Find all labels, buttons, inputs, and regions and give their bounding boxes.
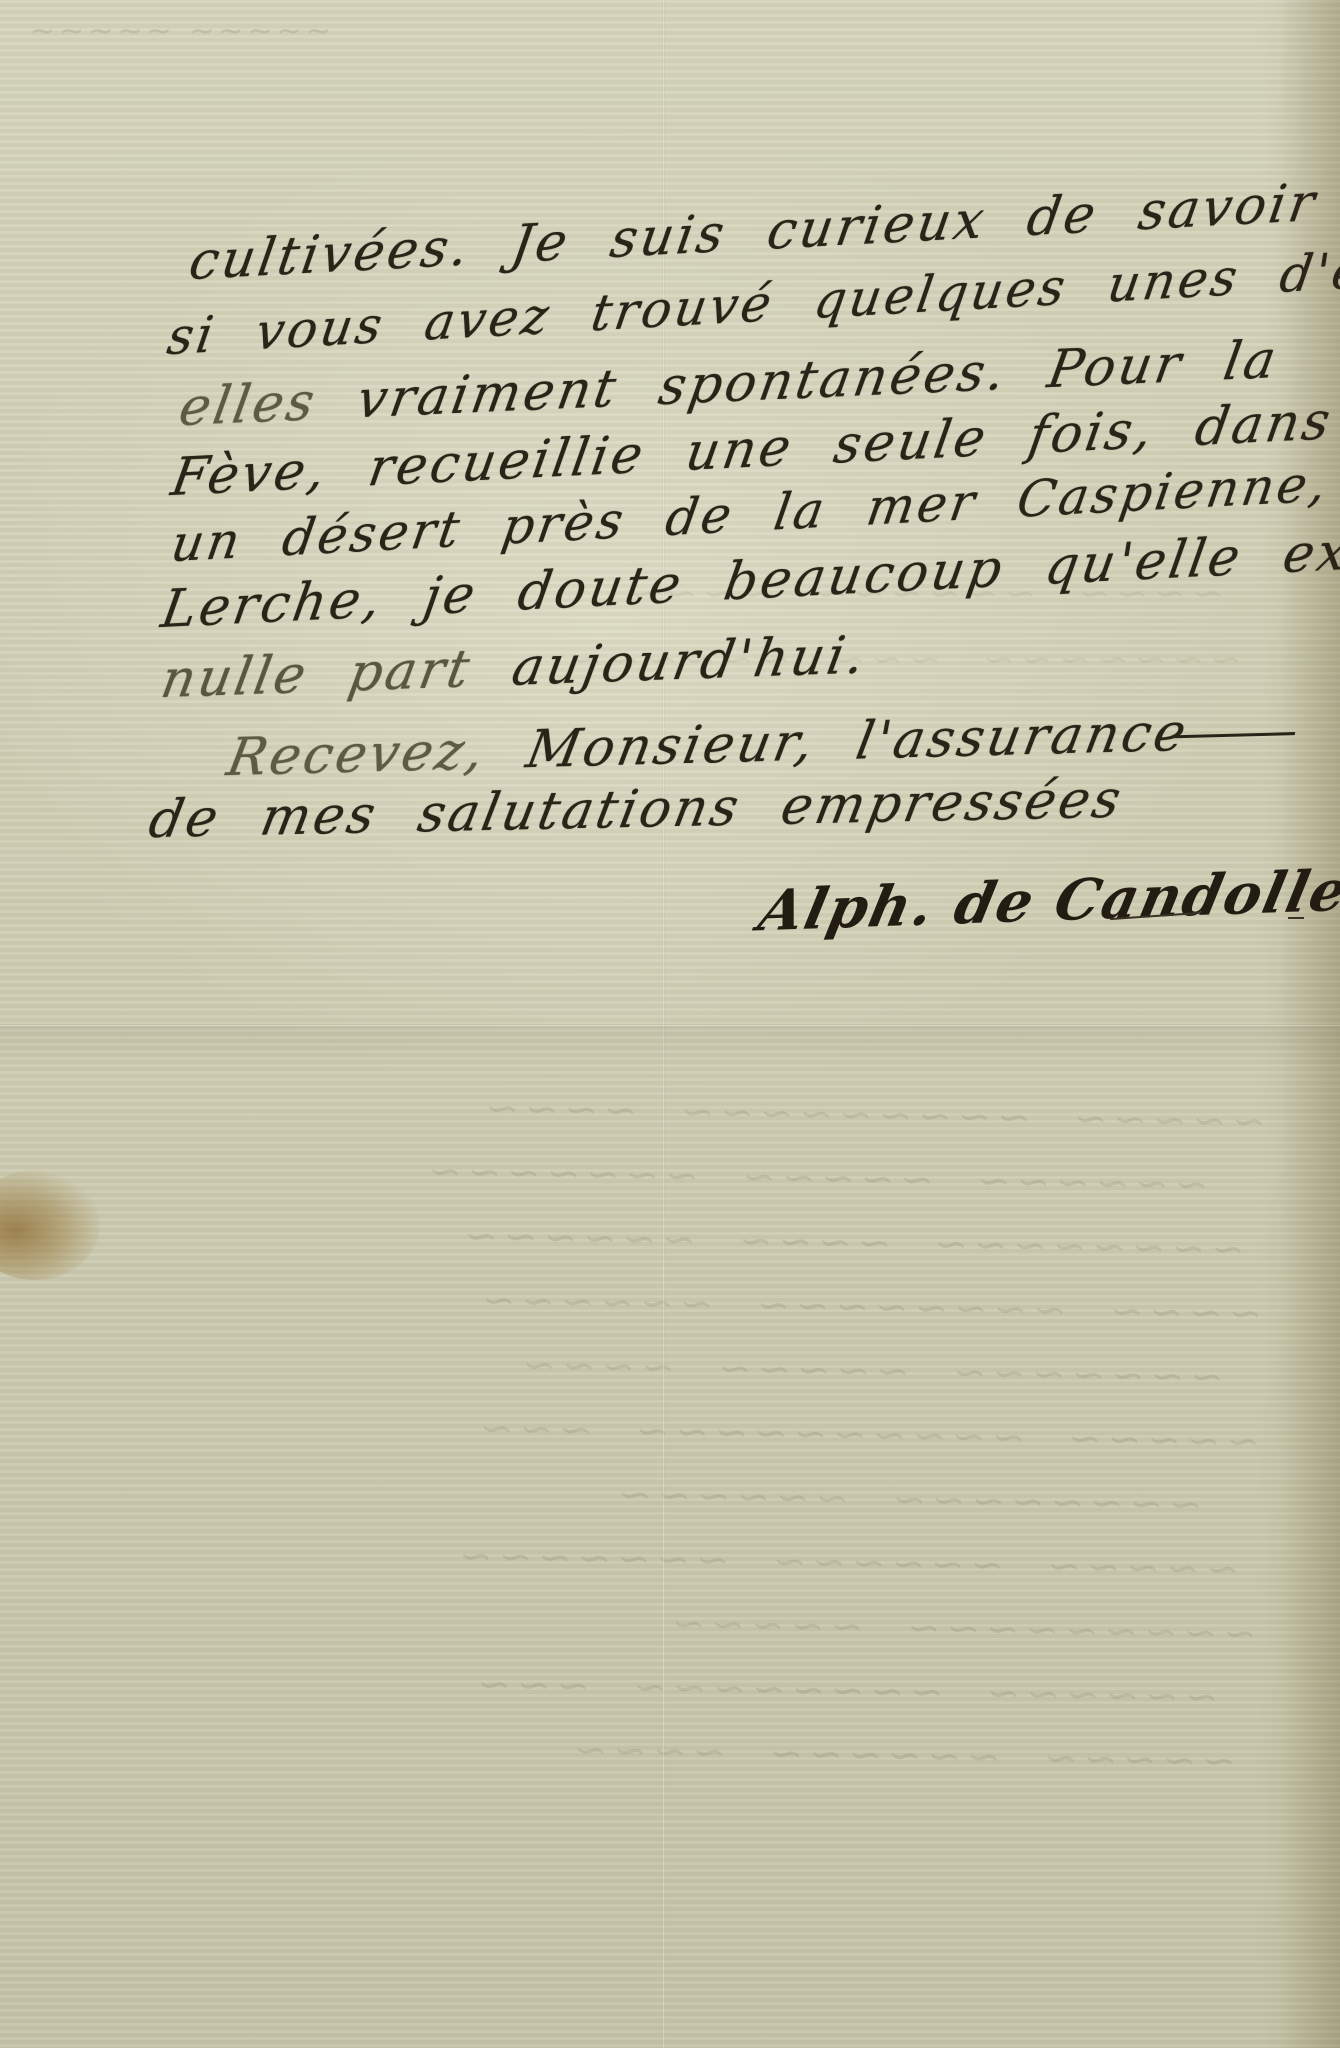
bleed-through-text-lower: ~~~~~ ~~~~~~~~~ ~~~~ ~~~~~~ ~~~~~ ~~~~~~… xyxy=(104,1070,1266,1794)
closing-line-1-faded-word: Recevez, xyxy=(222,721,491,788)
body-line-3-faded-word: elles xyxy=(175,372,321,438)
foxing-stain xyxy=(0,1170,100,1280)
body-line-7-rest: aujourd'hui. xyxy=(508,625,872,698)
letter-page: ~~~~~ ~~~~~ ~~~~ ~~~~~~ ~~~~ ~~~~~~~ ~~~… xyxy=(0,0,1340,2048)
closing-line-1-rest: Monsieur, l'assurance xyxy=(522,703,1194,781)
body-line-7-faded-words: nulle part xyxy=(157,639,477,710)
fold-shadow xyxy=(0,1027,1340,1067)
body-line-7: nulle part aujourd'hui. xyxy=(157,625,872,710)
signature: Alph. de Candolle xyxy=(753,857,1340,944)
corner-pencil-mark: ~~~~~ ~~~~~ xyxy=(30,14,335,49)
signature-dash xyxy=(1288,917,1304,919)
page-edge-shadow xyxy=(1280,0,1340,2048)
closing-line-1: Recevez, Monsieur, l'assurance xyxy=(222,700,1301,788)
closing-flourish-stroke xyxy=(1175,732,1296,738)
